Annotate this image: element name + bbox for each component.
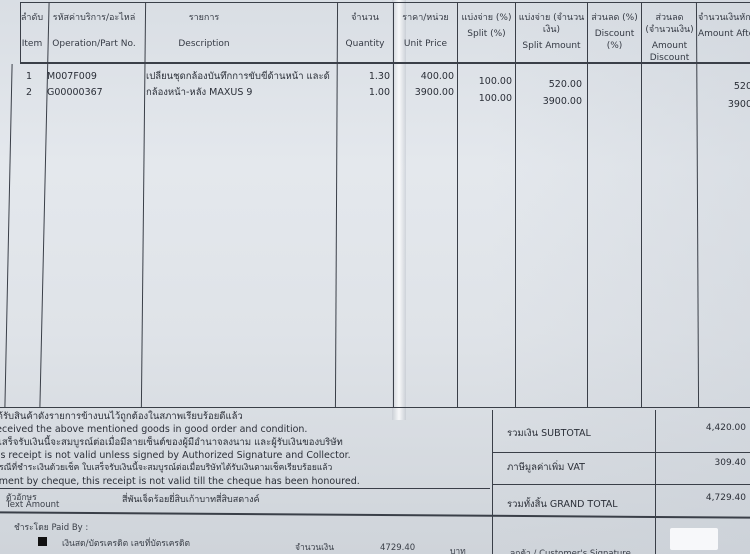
row1-item: 1 [26, 70, 32, 83]
payment-amount-label: จำนวนเงิน [295, 540, 334, 554]
checkbox-cash-checked[interactable] [38, 537, 47, 546]
customer-signature-label: ลูกค้า / Customer's Signature [510, 546, 631, 554]
note-line: Received the above mentioned goods in go… [0, 423, 360, 436]
header-quantity-en: Quantity [337, 38, 393, 50]
header-description: รายการ Description [144, 12, 264, 50]
note-line: Payment by cheque, this receipt is not v… [0, 475, 360, 488]
header-amount-discount: ส่วนลด (จำนวนเงิน) Amount Discount [642, 12, 697, 64]
header-item-th: ลำดับ [20, 12, 44, 24]
vat-label: ภาษีมูลค่าเพิ่ม VAT [507, 460, 585, 475]
header-amount-discount-en: Amount Discount [642, 40, 697, 64]
header-split-amount-th: แบ่งจ่าย (จำนวนเงิน) [516, 12, 587, 36]
note-line: ได้รับสินค้าดังรายการข้างบนไว้ถูกต้องในส… [0, 410, 360, 423]
subtotal-label: รวมเงิน SUBTOTAL [507, 426, 591, 441]
grand-total-value: 4,729.40 [656, 493, 746, 503]
row1-split-pct: 100.00 [458, 75, 512, 88]
vat-value: 309.40 [656, 458, 746, 468]
row2-description: กล้องหน้า-หลัง MAXUS 9 [146, 86, 252, 99]
col-divider [515, 2, 516, 407]
header-unit-price-th: ราคา/หน่วย [394, 12, 457, 24]
row1-description: เปลี่ยนชุดกล้องบันทึกการขับขี่ด้านหน้า แ… [146, 70, 336, 83]
header-amount-after-th: จำนวนเงินหักส่วนลด [698, 12, 750, 24]
grand-total-label: รวมทั้งสิ้น GRAND TOTAL [507, 497, 618, 512]
header-discount-pct-en: Discount (%) [588, 28, 641, 52]
header-unit-price: ราคา/หน่วย Unit Price [394, 12, 457, 50]
payment-amount: 4729.40 [380, 543, 415, 553]
row1-part-no: M007F009 [47, 70, 97, 83]
note-line: This receipt is not valid unless signed … [0, 449, 360, 462]
text-amount-label-en: Text Amount [6, 500, 59, 510]
row1-split-amount: 520.00 [516, 78, 582, 91]
header-description-en: Description [144, 38, 264, 50]
receipt-paper: ลำดับ Item รหัสค่าบริการ/อะไหล่ Operatio… [0, 0, 750, 554]
header-amount-after-en: Amount After Discount [698, 28, 750, 40]
col-divider [393, 2, 394, 407]
row2-part-no: G00000367 [47, 86, 103, 99]
receipt-notes: ได้รับสินค้าดังรายการข้างบนไว้ถูกต้องในส… [0, 410, 360, 488]
header-quantity-th: จำนวน [337, 12, 393, 24]
header-discount-pct: ส่วนลด (%) Discount (%) [588, 12, 641, 52]
totals-row-divider [492, 452, 750, 453]
row1-quantity: 1.30 [340, 70, 390, 83]
row2-quantity: 1.00 [340, 86, 390, 99]
header-split-pct-th: แบ่งจ่าย (%) [458, 12, 515, 24]
totals-row-divider [492, 484, 750, 485]
row2-split-amount: 3900.00 [516, 95, 582, 108]
header-split-amount-en: Split Amount [516, 40, 587, 52]
header-split-pct-en: Split (%) [458, 28, 515, 40]
table-bottom-border [0, 407, 750, 408]
header-split-pct: แบ่งจ่าย (%) Split (%) [458, 12, 515, 40]
payment-currency: บาท [450, 544, 466, 554]
header-item: ลำดับ Item [20, 12, 44, 50]
col-divider [4, 64, 12, 407]
header-description-th: รายการ [144, 12, 264, 24]
header-part-no-th: รหัสค่าบริการ/อะไหล่ [45, 12, 143, 24]
header-amount-discount-th: ส่วนลด (จำนวนเงิน) [642, 12, 697, 36]
totals-left-border [492, 410, 493, 554]
header-discount-pct-th: ส่วนลด (%) [588, 12, 641, 24]
subtotal-value: 4,420.00 [656, 423, 746, 433]
row2-split-pct: 100.00 [458, 92, 512, 105]
header-amount-after: จำนวนเงินหักส่วนลด Amount After Discount [698, 12, 750, 40]
payment-method: เงินสด/บัตรเครดิต เลขที่บัตรเครดิต [62, 536, 190, 550]
row2-unit-price: 3900.00 [396, 86, 454, 99]
text-amount-value: สี่พันเจ็ดร้อยยี่สิบเก้าบาทสี่สิบสตางค์ [122, 494, 260, 507]
header-quantity: จำนวน Quantity [337, 12, 393, 50]
header-unit-price-en: Unit Price [394, 38, 457, 50]
col-divider [457, 2, 458, 407]
row2-amount-after: 3900 [700, 98, 750, 111]
redacted-signature [670, 528, 718, 550]
header-part-no-en: Operation/Part No. [45, 38, 143, 50]
row1-unit-price: 400.00 [396, 70, 454, 83]
text-amount-top-border [0, 488, 490, 489]
header-item-en: Item [20, 38, 44, 50]
col-divider [587, 2, 588, 407]
row1-amount-after: 520 [700, 80, 750, 93]
header-part-no: รหัสค่าบริการ/อะไหล่ Operation/Part No. [45, 12, 143, 50]
header-split-amount: แบ่งจ่าย (จำนวนเงิน) Split Amount [516, 12, 587, 52]
note-line: ใบเสร็จรับเงินนี้จะสมบูรณ์ต่อเมื่อมีลายเ… [0, 436, 360, 449]
paid-by-label: ชำระโดย Paid By : [14, 520, 88, 534]
note-line: ในกรณีที่ชำระเงินด้วยเช็ค ใบเสร็จรับเงิน… [0, 462, 360, 475]
row2-item: 2 [26, 86, 32, 99]
